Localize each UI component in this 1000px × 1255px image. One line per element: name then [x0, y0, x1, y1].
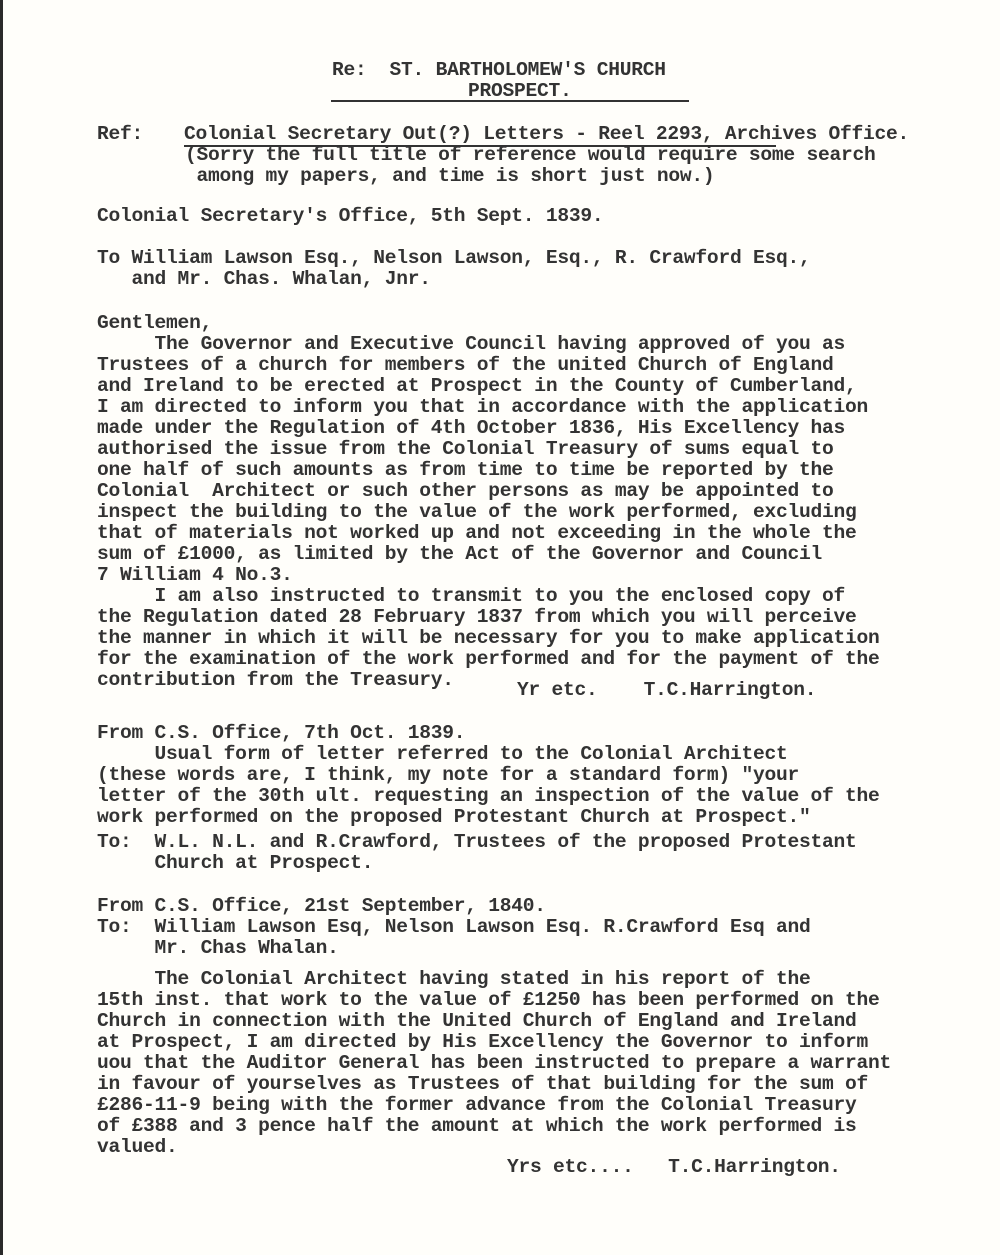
body-line: The Governor and Executive Council havin… — [97, 334, 845, 355]
body-line: in favour of yourselves as Trustees of t… — [97, 1074, 868, 1095]
page-edge — [0, 0, 3, 1255]
ref-label: Ref: — [97, 124, 143, 145]
letter3-to-line: Mr. Chas Whalan. — [97, 938, 339, 959]
body-line: the manner in which it will be necessary… — [97, 628, 880, 649]
body-line: £286-11-9 being with the former advance … — [97, 1095, 857, 1116]
body-line: The Colonial Architect having stated in … — [97, 969, 811, 990]
body-line: that of materials not worked up and not … — [97, 523, 857, 544]
body-line: Usual form of letter referred to the Col… — [97, 744, 788, 765]
body-line: made under the Regulation of 4th October… — [97, 418, 845, 439]
body-line: 15th inst. that work to the value of £12… — [97, 990, 880, 1011]
letter2-origin: From C.S. Office, 7th Oct. 1839. — [97, 723, 465, 744]
body-line: at Prospect, I am directed by His Excell… — [97, 1032, 868, 1053]
body-line: Colonial Architect or such other persons… — [97, 481, 834, 502]
letter1-salutation: Gentlemen, — [97, 313, 212, 334]
letter2-to-line: Church at Prospect. — [97, 853, 373, 874]
letter3-origin: From C.S. Office, 21st September, 1840. — [97, 896, 546, 917]
body-line: I am directed to inform you that in acco… — [97, 397, 868, 418]
body-line: for the examination of the work performe… — [97, 649, 880, 670]
letter3-signoff: Yrs etc.... T.C.Harrington. — [507, 1157, 841, 1178]
letter2-to-line: To: W.L. N.L. and R.Crawford, Trustees o… — [97, 832, 857, 853]
body-line: valued. — [97, 1137, 178, 1158]
heading-underline — [331, 100, 689, 102]
letter1-origin: Colonial Secretary's Office, 5th Sept. 1… — [97, 206, 603, 227]
body-line: (these words are, I think, my note for a… — [97, 765, 799, 786]
letter1-to-line: and Mr. Chas. Whalan, Jnr. — [97, 269, 431, 290]
letter3-to-line: To: William Lawson Esq, Nelson Lawson Es… — [97, 917, 811, 938]
ref-note-line: among my papers, and time is short just … — [185, 166, 714, 187]
body-line: and Ireland to be erected at Prospect in… — [97, 376, 857, 397]
body-line: the Regulation dated 28 February 1837 fr… — [97, 607, 857, 628]
body-line: letter of the 30th ult. requesting an in… — [97, 786, 880, 807]
letter1-signoff: Yr etc. T.C.Harrington. — [517, 680, 816, 701]
body-line: of £388 and 3 pence half the amount at w… — [97, 1116, 857, 1137]
heading-line-1: Re: ST. BARTHOLOMEW'S CHURCH — [332, 60, 666, 81]
ref-note-line: (Sorry the full title of reference would… — [185, 145, 876, 166]
body-line: uou that the Auditor General has been in… — [97, 1053, 891, 1074]
letter1-to-line: To William Lawson Esq., Nelson Lawson, E… — [97, 248, 811, 269]
ref-title: Colonial Secretary Out(?) Letters - Reel… — [184, 124, 909, 145]
heading-line-2: PROSPECT. — [468, 81, 572, 102]
body-line: one half of such amounts as from time to… — [97, 460, 834, 481]
body-line: contribution from the Treasury. — [97, 670, 454, 691]
body-line: Trustees of a church for members of the … — [97, 355, 834, 376]
body-line: sum of £1000, as limited by the Act of t… — [97, 544, 822, 565]
body-line: inspect the building to the value of the… — [97, 502, 857, 523]
body-line: work performed on the proposed Protestan… — [97, 807, 811, 828]
body-line: 7 William 4 No.3. — [97, 565, 293, 586]
body-line: Church in connection with the United Chu… — [97, 1011, 857, 1032]
body-line: I am also instructed to transmit to you … — [97, 586, 845, 607]
body-line: authorised the issue from the Colonial T… — [97, 439, 834, 460]
